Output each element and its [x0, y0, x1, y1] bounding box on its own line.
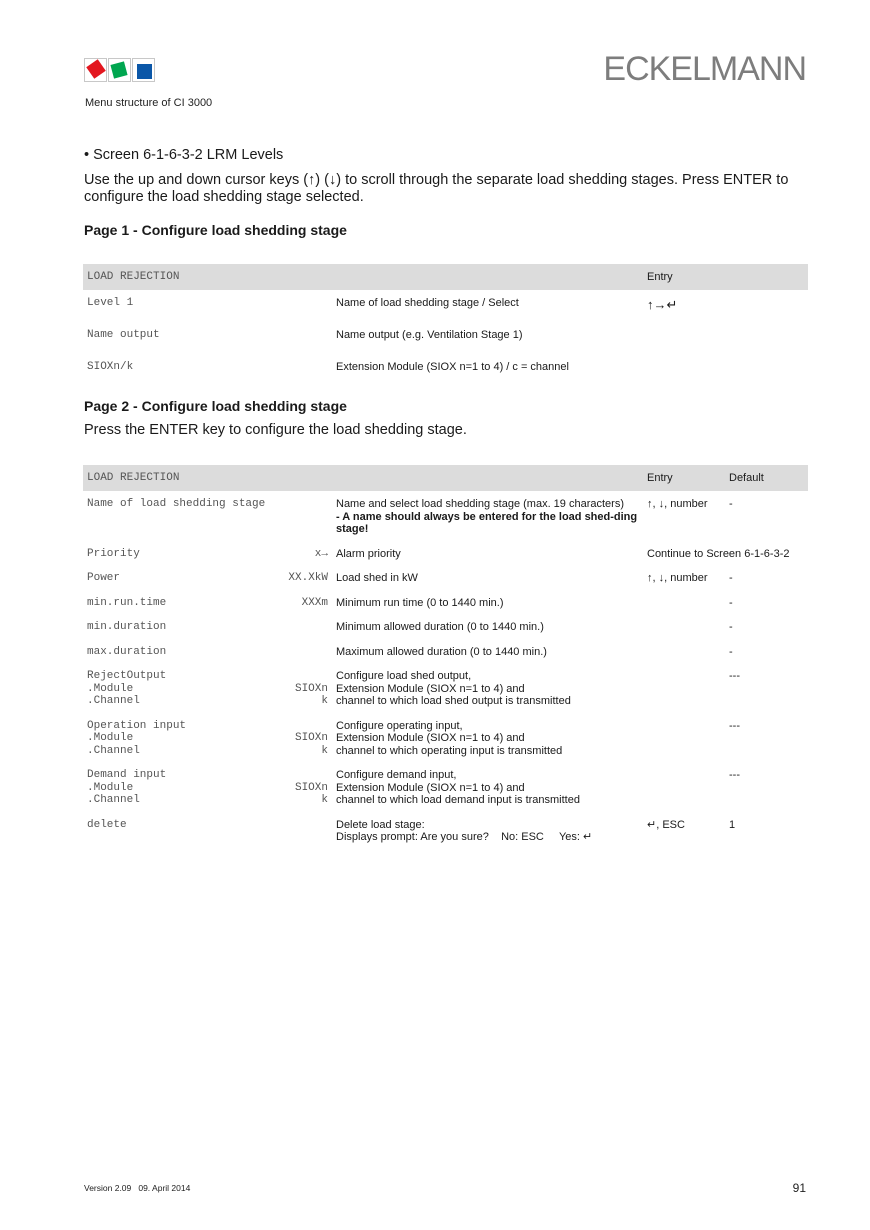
- table-row: Name output Name output (e.g. Ventilatio…: [83, 322, 808, 354]
- table-row-group: RejectOutput .Module .Channel SIOXn k Co…: [83, 663, 808, 713]
- row-value: [243, 614, 332, 639]
- table-row-group: Demand input .Module .Channel SIOXn k Co…: [83, 762, 808, 812]
- row-desc: channel to which load demand input is tr…: [336, 794, 639, 807]
- row-name-lines: RejectOutput .Module .Channel: [83, 663, 243, 713]
- row-default: ---: [725, 762, 808, 812]
- row-subname: .Module: [87, 732, 239, 745]
- row-desc-note: - A name should always be entered for th…: [336, 511, 639, 536]
- row-entry: ↵, ESC: [643, 812, 725, 849]
- eckelmann-logo: [84, 58, 156, 82]
- table-row-delete: delete Delete load stage: Displays promp…: [83, 812, 808, 849]
- row-desc: Extension Module (SIOX n=1 to 4) and: [336, 683, 639, 696]
- red-diamond-icon: [86, 59, 105, 78]
- row-entry: Continue to Screen 6-1-6-3-2: [643, 541, 808, 566]
- row-desc: Name of load shedding stage / Select: [332, 290, 643, 322]
- row-value-lines: SIOXn k: [243, 713, 332, 763]
- row-desc: channel to which operating input is tran…: [336, 745, 639, 758]
- row-name: Name output: [83, 322, 332, 354]
- row-name: Priority: [83, 541, 243, 566]
- row-value-lines: SIOXn k: [243, 762, 332, 812]
- row-value: k: [247, 794, 328, 807]
- row-name: delete: [83, 812, 332, 849]
- row-default: 1: [725, 812, 808, 849]
- row-name: Level 1: [83, 290, 332, 322]
- row-value: SIOXn: [247, 683, 328, 696]
- intro-paragraph: Use the up and down cursor keys (↑) (↓) …: [84, 172, 814, 206]
- row-subname: .Channel: [87, 794, 239, 807]
- row-value: [247, 769, 328, 782]
- row-subname: .Module: [87, 683, 239, 696]
- row-desc: Configure load shed output,: [336, 670, 639, 683]
- header-cell: Default: [725, 465, 808, 491]
- row-value: k: [247, 695, 328, 708]
- row-default: -: [725, 639, 808, 664]
- table-header-row: LOAD REJECTION Entry Default: [83, 465, 808, 491]
- page-number: 91: [793, 1181, 806, 1195]
- page1-heading: Page 1 - Configure load shedding stage: [84, 222, 347, 238]
- page2-table: LOAD REJECTION Entry Default Name of loa…: [83, 465, 808, 849]
- header-cell: LOAD REJECTION: [83, 465, 332, 491]
- row-desc-lines: Delete load stage: Displays prompt: Are …: [332, 812, 643, 849]
- row-name: RejectOutput: [87, 670, 239, 683]
- row-entry: [643, 713, 725, 763]
- row-entry: ↑, ↓, number: [643, 565, 725, 590]
- row-value-lines: SIOXn k: [243, 663, 332, 713]
- row-desc-text: Name and select load shedding stage (max…: [336, 498, 639, 511]
- row-desc-lines: Configure demand input, Extension Module…: [332, 762, 643, 812]
- row-value: [247, 670, 328, 683]
- row-name: max.duration: [83, 639, 243, 664]
- row-desc: Maximum allowed duration (0 to 1440 min.…: [332, 639, 643, 664]
- row-desc: Configure operating input,: [336, 720, 639, 733]
- row-default: ---: [725, 663, 808, 713]
- table-header-row: LOAD REJECTION Entry: [83, 264, 808, 290]
- row-desc: Configure demand input,: [336, 769, 639, 782]
- row-entry: [643, 639, 725, 664]
- row-desc: Extension Module (SIOX n=1 to 4) and: [336, 782, 639, 795]
- row-name-lines: Demand input .Module .Channel: [83, 762, 243, 812]
- table-row: Priority x→ Alarm priority Continue to S…: [83, 541, 808, 566]
- row-value: k: [247, 745, 328, 758]
- page2-instruction: Press the ENTER key to configure the loa…: [84, 422, 467, 438]
- table-row: min.run.time XXXm Minimum run time (0 to…: [83, 590, 808, 615]
- row-default: -: [725, 565, 808, 590]
- row-desc: Name output (e.g. Ventilation Stage 1): [332, 322, 643, 354]
- row-entry: [643, 663, 725, 713]
- row-name: Operation input: [87, 720, 239, 733]
- row-subname: .Channel: [87, 745, 239, 758]
- brand-wordmark: ECKELMANN: [603, 50, 806, 89]
- table-row: max.duration Maximum allowed duration (0…: [83, 639, 808, 664]
- row-name: Name of load shedding stage: [83, 491, 332, 541]
- header-cell: Entry: [643, 264, 808, 290]
- row-entry: [643, 614, 725, 639]
- row-name: min.run.time: [83, 590, 243, 615]
- row-default: ---: [725, 713, 808, 763]
- table-row-group: Operation input .Module .Channel SIOXn k…: [83, 713, 808, 763]
- row-default: -: [725, 491, 808, 541]
- row-desc-lines: Configure load shed output, Extension Mo…: [332, 663, 643, 713]
- row-desc: Alarm priority: [332, 541, 643, 566]
- header-cell: LOAD REJECTION: [83, 264, 332, 290]
- row-value: XX.XkW: [243, 565, 332, 590]
- row-subname: .Module: [87, 782, 239, 795]
- row-value: x→: [243, 541, 332, 566]
- screen-title: Screen 6-1-6-3-2 LRM Levels: [93, 147, 283, 163]
- row-default: -: [725, 590, 808, 615]
- header-cell: [332, 465, 643, 491]
- row-name: min.duration: [83, 614, 243, 639]
- row-name: Power: [83, 565, 243, 590]
- row-value: SIOXn: [247, 732, 328, 745]
- row-desc-lines: Configure operating input, Extension Mod…: [332, 713, 643, 763]
- table-row: min.duration Minimum allowed duration (0…: [83, 614, 808, 639]
- row-value: XXXm: [243, 590, 332, 615]
- row-desc: Load shed in kW: [332, 565, 643, 590]
- document-subtitle: Menu structure of CI 3000: [85, 97, 212, 109]
- row-desc: Name and select load shedding stage (max…: [332, 491, 643, 541]
- row-entry: ↑→↵: [643, 290, 808, 322]
- row-value: [243, 639, 332, 664]
- row-name: Demand input: [87, 769, 239, 782]
- row-value: SIOXn: [247, 782, 328, 795]
- green-diamond-icon: [110, 61, 127, 78]
- table-row: Power XX.XkW Load shed in kW ↑, ↓, numbe…: [83, 565, 808, 590]
- page1-table: LOAD REJECTION Entry Level 1 Name of loa…: [83, 264, 808, 386]
- screen-bullet: • Screen 6-1-6-3-2 LRM Levels: [84, 147, 283, 163]
- row-desc: Extension Module (SIOX n=1 to 4) / c = c…: [332, 354, 643, 386]
- row-desc: Delete load stage:: [336, 819, 639, 832]
- header-cell: Entry: [643, 465, 725, 491]
- row-value: [247, 720, 328, 733]
- row-desc: Minimum allowed duration (0 to 1440 min.…: [332, 614, 643, 639]
- blue-square-icon: [137, 64, 152, 79]
- row-desc: Displays prompt: Are you sure? No: ESC Y…: [336, 831, 639, 844]
- table-row: Level 1 Name of load shedding stage / Se…: [83, 290, 808, 322]
- row-desc: channel to which load shed output is tra…: [336, 695, 639, 708]
- row-entry: [643, 322, 808, 354]
- row-desc: Minimum run time (0 to 1440 min.): [332, 590, 643, 615]
- row-entry: ↑, ↓, number: [643, 491, 725, 541]
- row-name-lines: Operation input .Module .Channel: [83, 713, 243, 763]
- row-default: -: [725, 614, 808, 639]
- row-entry: [643, 762, 725, 812]
- row-subname: .Channel: [87, 695, 239, 708]
- row-entry: [643, 590, 725, 615]
- table-row: Name of load shedding stage Name and sel…: [83, 491, 808, 541]
- row-entry: [643, 354, 808, 386]
- table-row: SIOXn/k Extension Module (SIOX n=1 to 4)…: [83, 354, 808, 386]
- header-cell: [332, 264, 643, 290]
- row-desc: Extension Module (SIOX n=1 to 4) and: [336, 732, 639, 745]
- footer-version: Version 2.09 09. April 2014: [84, 1183, 190, 1193]
- page2-heading: Page 2 - Configure load shedding stage: [84, 398, 347, 414]
- row-name: SIOXn/k: [83, 354, 332, 386]
